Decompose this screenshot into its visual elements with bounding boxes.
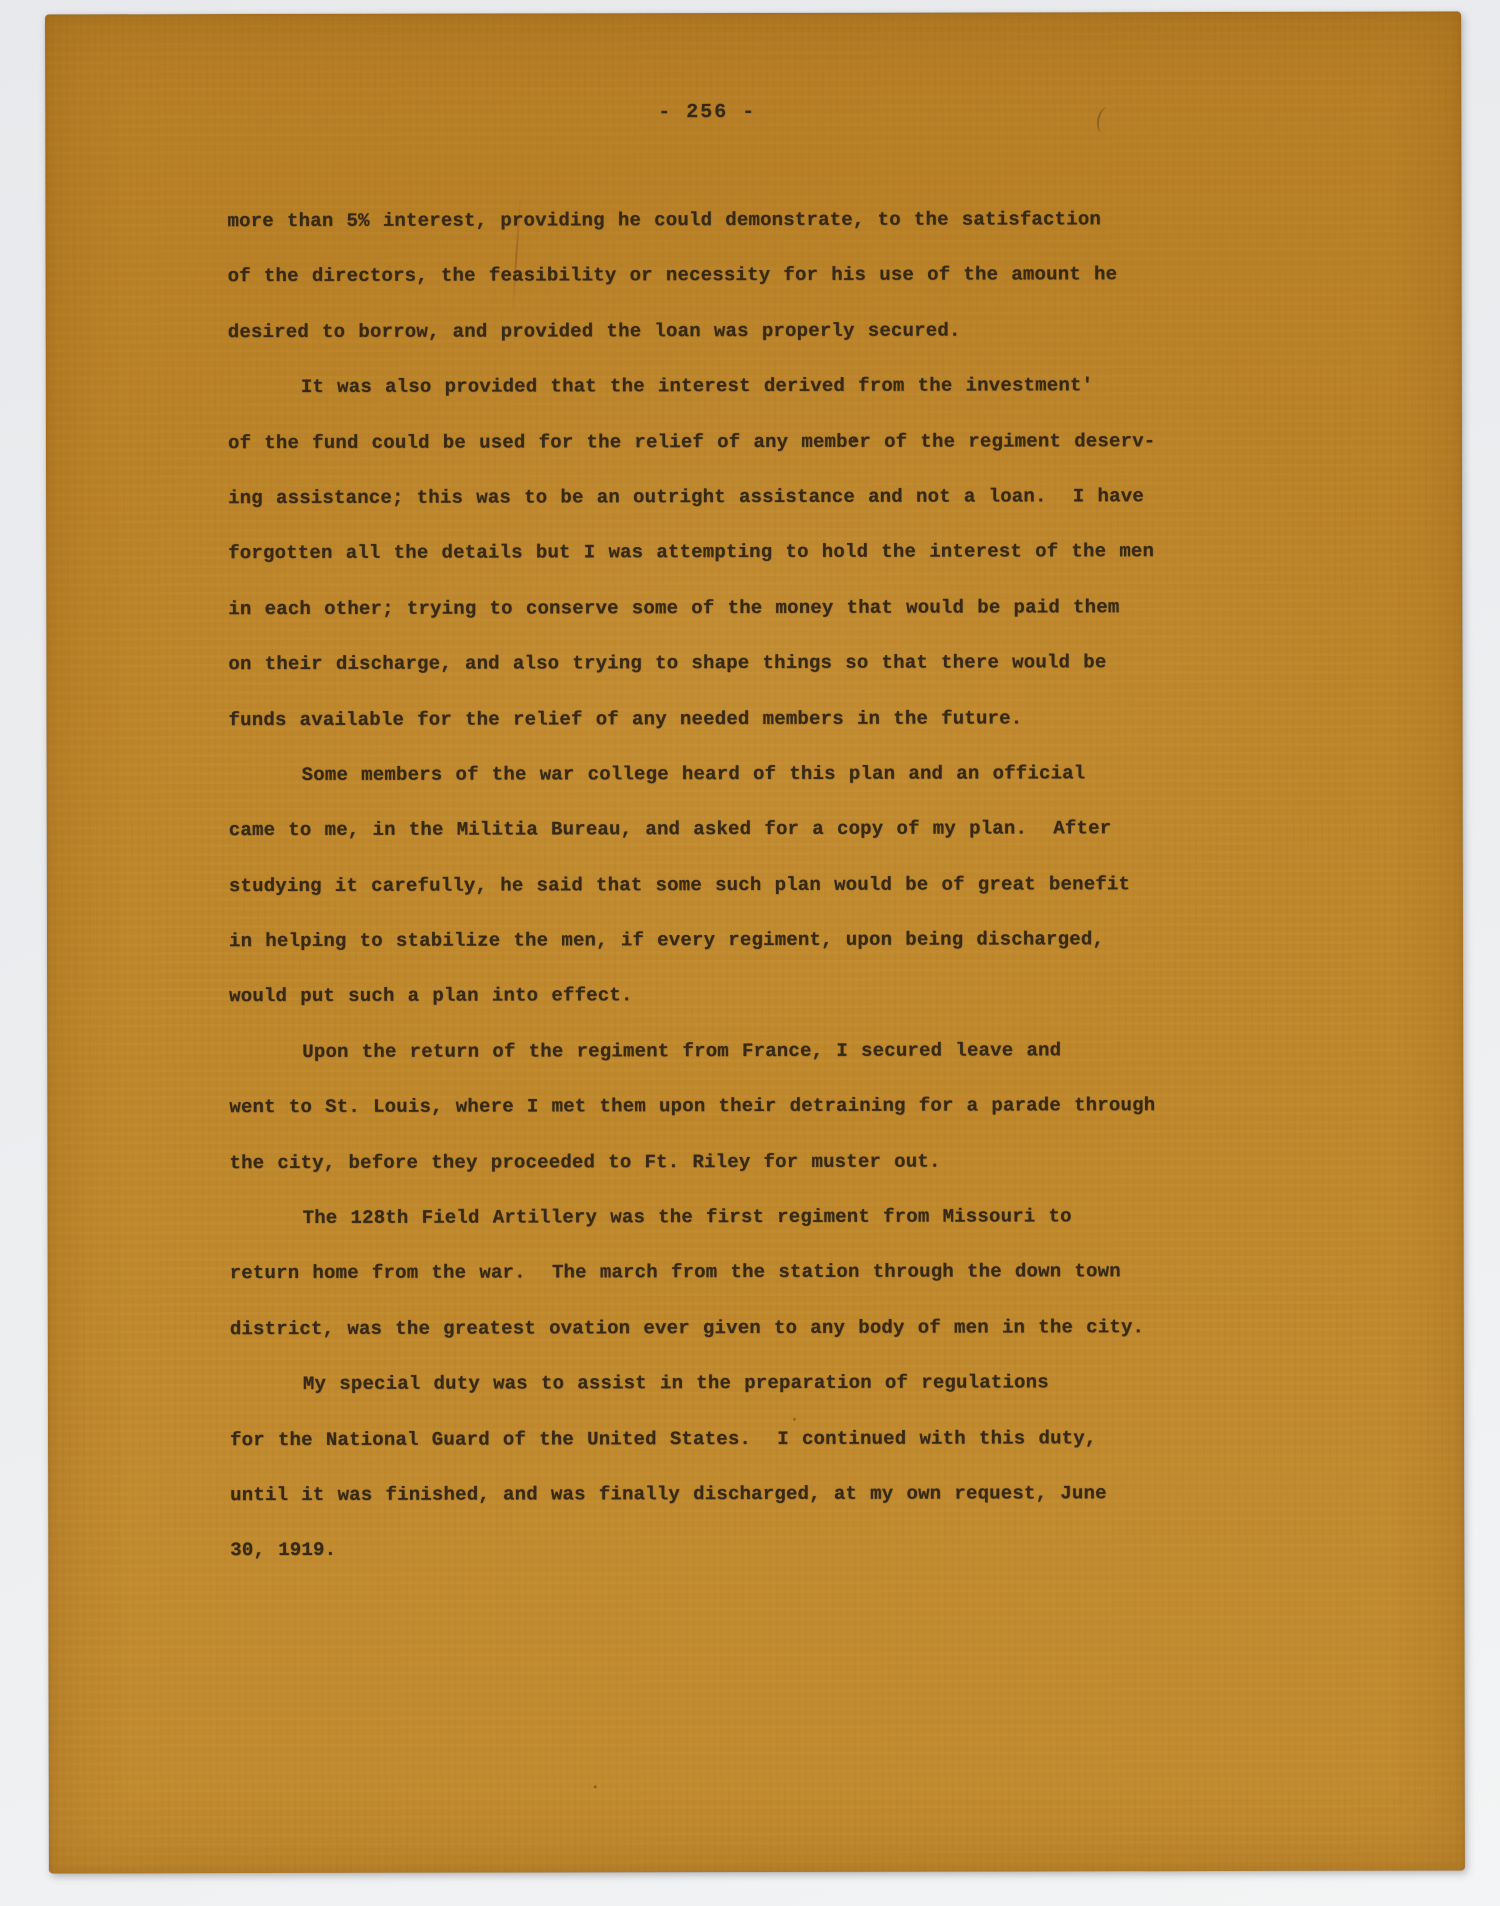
- text-line: desired to borrow, and provided the loan…: [228, 303, 1188, 360]
- text-line: Upon the return of the regiment from Fra…: [229, 1023, 1189, 1080]
- text-line: Some members of the war college heard of…: [229, 746, 1189, 803]
- text-line: the city, before they proceeded to Ft. R…: [229, 1134, 1189, 1191]
- text-line: of the fund could be used for the relief…: [228, 414, 1188, 471]
- text-line: It was also provided that the interest d…: [228, 358, 1188, 415]
- text-line: in helping to stabilize the men, if ever…: [229, 912, 1189, 969]
- text-line: ing assistance; this was to be an outrig…: [228, 469, 1188, 526]
- text-line: forgotten all the details but I was atte…: [228, 524, 1188, 581]
- text-line: return home from the war. The march from…: [230, 1245, 1190, 1302]
- document-body: more than 5% interest, providing he coul…: [227, 192, 1190, 1579]
- text-line: went to St. Louis, where I met them upon…: [229, 1078, 1189, 1135]
- text-line: would put such a plan into effect.: [229, 968, 1189, 1025]
- document-page: - 256 - more than 5% interest, providing…: [45, 12, 1465, 1874]
- text-line: district, was the greatest ovation ever …: [230, 1300, 1190, 1357]
- text-line: The 128th Field Artillery was the first …: [230, 1189, 1190, 1246]
- text-line: in each other; trying to conserve some o…: [228, 580, 1188, 637]
- text-line: until it was finished, and was finally d…: [230, 1466, 1190, 1523]
- text-line: more than 5% interest, providing he coul…: [227, 192, 1187, 249]
- paper-speck: [594, 1785, 597, 1788]
- text-line: My special duty was to assist in the pre…: [230, 1355, 1190, 1412]
- text-line: on their discharge, and also trying to s…: [228, 635, 1188, 692]
- scene: - 256 - more than 5% interest, providing…: [0, 0, 1500, 1906]
- text-line: came to me, in the Militia Bureau, and a…: [229, 801, 1189, 858]
- page-number: - 256 -: [227, 100, 1187, 125]
- text-line: for the National Guard of the United Sta…: [230, 1411, 1190, 1468]
- text-line: of the directors, the feasibility or nec…: [228, 247, 1188, 304]
- text-line: 30, 1919.: [230, 1521, 1190, 1578]
- text-line: studying it carefully, he said that some…: [229, 857, 1189, 914]
- text-line: funds available for the relief of any ne…: [228, 691, 1188, 748]
